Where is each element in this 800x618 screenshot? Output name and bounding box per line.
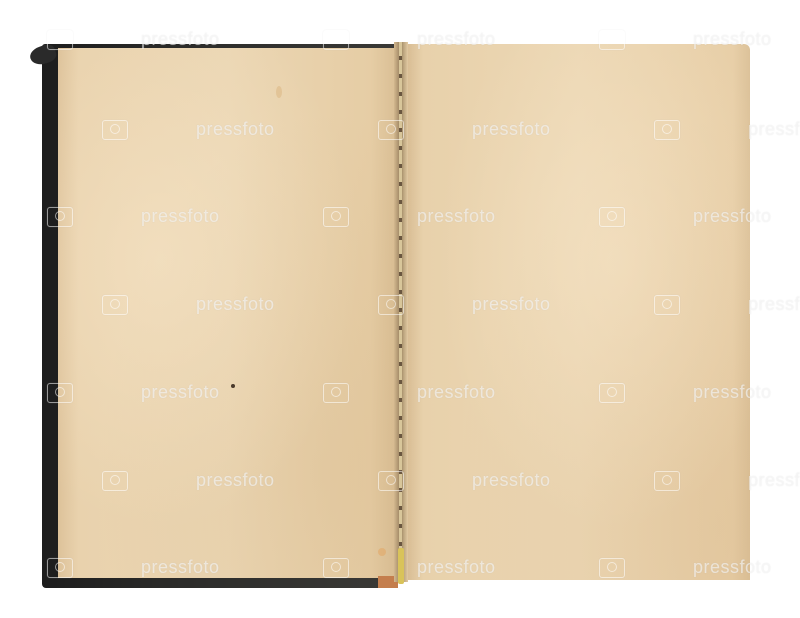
watermark-text: pressfoto bbox=[141, 382, 220, 403]
watermark-camera-icon bbox=[323, 383, 349, 403]
watermark-text: pressfoto bbox=[693, 206, 772, 227]
watermark-camera-icon bbox=[599, 558, 625, 578]
watermark-camera-icon bbox=[654, 471, 680, 491]
ink-spot bbox=[231, 384, 235, 388]
watermark-text: pressfoto bbox=[417, 206, 496, 227]
watermark-camera-icon bbox=[654, 120, 680, 140]
watermark-text: pressfoto bbox=[693, 557, 772, 578]
watermark-text: pressfoto bbox=[472, 119, 551, 140]
watermark-camera-icon bbox=[47, 383, 73, 403]
watermark-camera-icon bbox=[323, 207, 349, 227]
watermark-text: pressfoto bbox=[748, 294, 800, 315]
watermark-camera-icon bbox=[654, 295, 680, 315]
watermark-camera-icon bbox=[47, 558, 73, 578]
watermark-camera-icon bbox=[323, 30, 349, 50]
watermark-text: pressfoto bbox=[748, 470, 800, 491]
watermark-camera-icon bbox=[102, 471, 128, 491]
thread-tail bbox=[398, 548, 404, 584]
watermark-text: pressfoto bbox=[141, 557, 220, 578]
watermark-text: pressfoto bbox=[141, 206, 220, 227]
stain-spot bbox=[276, 86, 282, 98]
watermark-text: pressfoto bbox=[196, 470, 275, 491]
watermark-text: pressfoto bbox=[196, 119, 275, 140]
watermark-camera-icon bbox=[102, 120, 128, 140]
watermark-camera-icon bbox=[378, 295, 404, 315]
watermark-camera-icon bbox=[599, 30, 625, 50]
right-page bbox=[406, 44, 750, 580]
watermark-camera-icon bbox=[599, 383, 625, 403]
watermark-text: pressfoto bbox=[748, 119, 800, 140]
watermark-text: pressfoto bbox=[693, 29, 772, 50]
watermark-camera-icon bbox=[47, 30, 73, 50]
watermark-text: pressfoto bbox=[417, 382, 496, 403]
watermark-text: pressfoto bbox=[693, 382, 772, 403]
watermark-text: pressfoto bbox=[141, 29, 220, 50]
watermark-camera-icon bbox=[102, 295, 128, 315]
open-book-photo: pressfotopressfotopressfotopressfotopres… bbox=[0, 0, 800, 618]
watermark-text: pressfoto bbox=[196, 294, 275, 315]
watermark-text: pressfoto bbox=[417, 557, 496, 578]
watermark-text: pressfoto bbox=[472, 470, 551, 491]
watermark-text: pressfoto bbox=[417, 29, 496, 50]
watermark-camera-icon bbox=[378, 120, 404, 140]
watermark-camera-icon bbox=[323, 558, 349, 578]
stain-spot bbox=[378, 548, 386, 556]
watermark-text: pressfoto bbox=[472, 294, 551, 315]
watermark-camera-icon bbox=[47, 207, 73, 227]
watermark-camera-icon bbox=[599, 207, 625, 227]
watermark-camera-icon bbox=[378, 471, 404, 491]
